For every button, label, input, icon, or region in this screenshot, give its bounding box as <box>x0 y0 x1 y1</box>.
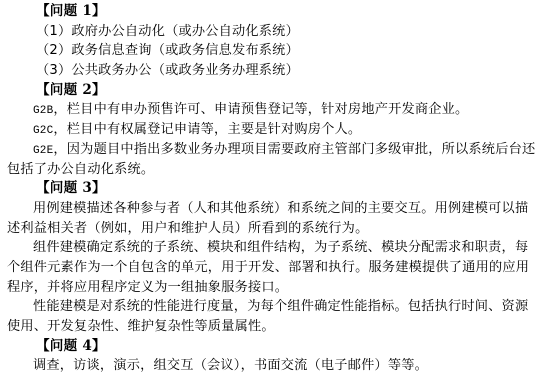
g2e-label: G2E <box>33 145 53 157</box>
answer-item-2: （2）政务信息查询（或政务信息发布系统） <box>0 41 557 61</box>
heading-question-1: 【问题 1】 <box>0 2 557 22</box>
performance-paragraph: 性能建模是对系统的性能进行度量，为每个组件确定性能指标。包括执行时间、资源 <box>0 297 557 317</box>
usecase-continuation: 述利益相关者（例如，用户和维护人员）所看到的系统行为。 <box>0 219 557 239</box>
performance-continuation: 使用、开发复杂性、维护复杂性等质量属性。 <box>0 317 557 337</box>
g2c-label: G2C <box>33 125 53 137</box>
g2e-paragraph: G2E，因为题目中指出多数业务办理项目需要政府主管部门多级审批，所以系统后台还 <box>0 140 557 160</box>
heading-question-2: 【问题 2】 <box>0 81 557 101</box>
methods-paragraph: 调查，访谈，演示，组交互（会议），书面交流（电子邮件）等等。 <box>0 356 557 376</box>
g2e-text: ，因为题目中指出多数业务办理项目需要政府主管部门多级审批，所以系统后台还 <box>53 142 535 157</box>
g2c-text: ，栏目中有权属登记申请等，主要是针对购房个人。 <box>53 122 361 137</box>
usecase-paragraph: 用例建模描述各种参与者（人和其他系统）和系统之间的主要交互。用例建模可以描 <box>0 199 557 219</box>
component-continuation-2: 程序，并将应用程序定义为一组抽象服务接口。 <box>0 278 557 298</box>
component-paragraph: 组件建模确定系统的子系统、模块和组件结构，为子系统、模块分配需求和职责，每 <box>0 238 557 258</box>
g2e-continuation: 包括了办公自动化系统。 <box>0 160 557 180</box>
answer-item-3: （3）公共政务办公（或政务业务办理系统） <box>0 61 557 81</box>
component-continuation: 个组件元素作为一个自包含的单元，用于开发、部署和执行。服务建模提供了通用的应用 <box>0 258 557 278</box>
answer-item-1: （1）政府办公自动化（或办公自动化系统） <box>0 22 557 42</box>
g2c-paragraph: G2C，栏目中有权属登记申请等，主要是针对购房个人。 <box>0 120 557 140</box>
g2b-label: G2B <box>33 105 53 117</box>
g2b-text: ，栏目中有申办预售许可、申请预售登记等，针对房地产开发商企业。 <box>53 102 468 117</box>
g2b-paragraph: G2B，栏目中有申办预售许可、申请预售登记等，针对房地产开发商企业。 <box>0 100 557 120</box>
answer-document: 【问题 1】 （1）政府办公自动化（或办公自动化系统） （2）政务信息查询（或政… <box>0 2 557 376</box>
heading-question-3: 【问题 3】 <box>0 179 557 199</box>
heading-question-4: 【问题 4】 <box>0 337 557 357</box>
